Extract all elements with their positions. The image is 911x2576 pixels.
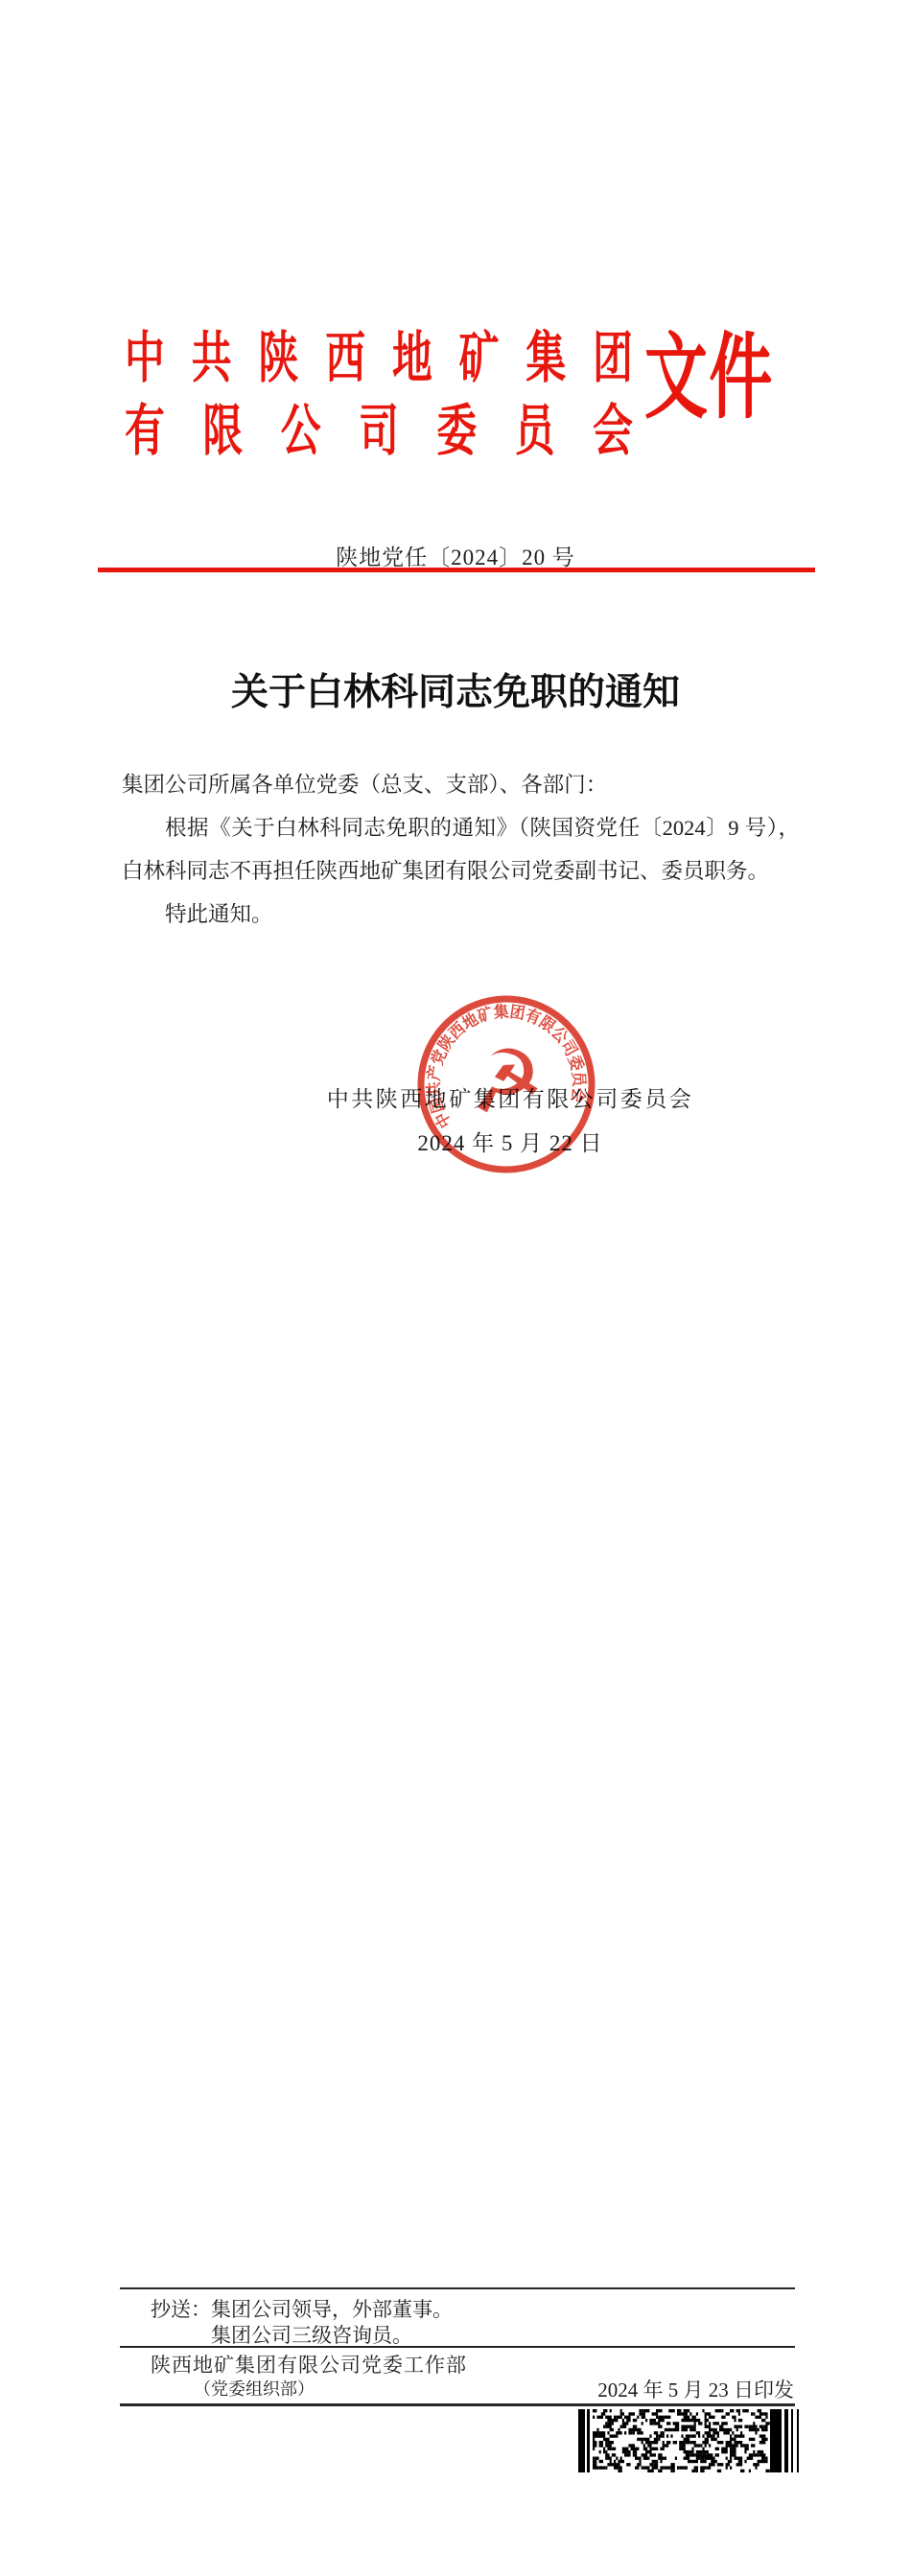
footer-cc-line-2: 集团公司三级咨询员。 <box>211 2323 412 2349</box>
footer-bottom-rule <box>120 2403 795 2406</box>
red-separator-line <box>98 568 815 572</box>
footer-issuer: 陕西地矿集团有限公司党委工作部 <box>151 2353 467 2378</box>
footer-middle-rule <box>120 2346 795 2348</box>
letterhead-org-line-2: 有限公司委员会 <box>125 395 633 468</box>
document-page: 中共陕西地矿集团 有限公司委员会 文件 陕地党任〔2024〕20 号 关于白林科… <box>0 0 911 2576</box>
footer-cc-line-1: 抄送：集团公司领导，外部董事。 <box>151 2297 453 2323</box>
footer-issuer-sub: （党委组织部） <box>194 2378 315 2401</box>
document-body: 集团公司所属各单位党委（总支、支部）、各部门： 根据《关于白林科同志免职的通知》… <box>122 763 800 936</box>
body-paragraph-1: 根据《关于白林科同志免职的通知》（陕国资党任〔2024〕9 号），白林科同志不再… <box>122 806 800 893</box>
footer-top-rule <box>120 2287 795 2289</box>
body-paragraph-2: 特此通知。 <box>122 893 800 936</box>
official-seal: 中国共产党陕西地矿集团有限公司委员会 ☭ <box>407 985 607 1185</box>
letterhead-doc-type: 文件 <box>644 332 774 425</box>
footer-print-date: 2024 年 5 月 23 日印发 <box>597 2378 794 2402</box>
hammer-and-sickle-icon: ☭ <box>463 1028 549 1134</box>
letterhead-org-line-1: 中共陕西地矿集团 <box>125 322 633 395</box>
document-barcode <box>578 2409 804 2472</box>
document-title: 关于白林科同志免职的通知 <box>0 671 911 715</box>
body-salutation: 集团公司所属各单位党委（总支、支部）、各部门： <box>122 763 800 806</box>
